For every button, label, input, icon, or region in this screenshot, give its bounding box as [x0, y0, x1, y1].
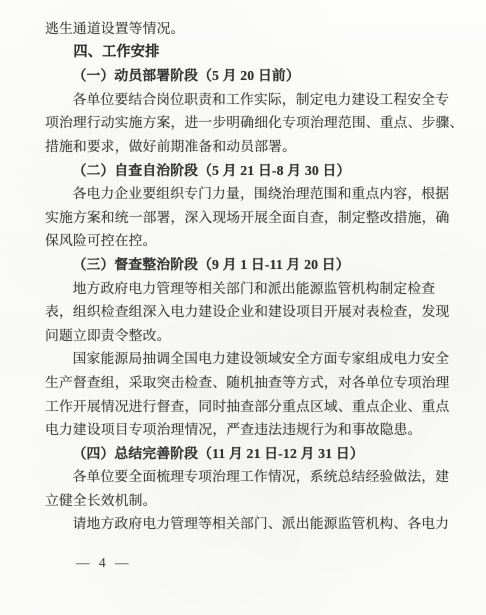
- text-line: 国家能源局抽调全国电力建设领域安全方面专家组成电力安全: [45, 347, 465, 371]
- text-line: 立健全长效机制。: [45, 489, 465, 513]
- text-line: （一）动员部署阶段（5 月 20 日前）: [45, 64, 465, 88]
- text-line: 项治理行动实施方案，进一步明确细化专项治理范围、重点、步骤、: [45, 111, 465, 135]
- text-line: 工作开展情况进行督查，同时抽查部分重点区域、重点企业、重点: [45, 395, 465, 419]
- text-line: （四）总结完善阶段（11 月 21 日-12 月 31 日）: [45, 442, 465, 466]
- page-number: — 4 —: [76, 555, 132, 571]
- text-line: 实施方案和统一部署，深入现场开展全面自查，制定整改措施，确: [45, 206, 465, 230]
- text-line: 生产督查组，采取突击检查、随机抽查等方式，对各单位专项治理: [45, 371, 465, 395]
- document-body: 逃生通道设置等情况。四、工作安排（一）动员部署阶段（5 月 20 日前）各单位要…: [45, 17, 465, 536]
- text-line: 四、工作安排: [45, 41, 465, 65]
- text-line: 各单位要结合岗位职责和工作实际，制定电力建设工程安全专: [45, 88, 465, 112]
- text-line: 电力建设项目专项治理情况，严查违法违规行为和事故隐患。: [45, 418, 465, 442]
- text-line: 地方政府电力管理等相关部门和派出能源监管机构制定检查: [45, 277, 465, 301]
- scanned-document-page: 逃生通道设置等情况。四、工作安排（一）动员部署阶段（5 月 20 日前）各单位要…: [0, 0, 486, 615]
- text-line: 各电力企业要组织专门力量，围绕治理范围和重点内容，根据: [45, 182, 465, 206]
- text-line: 逃生通道设置等情况。: [45, 17, 465, 41]
- text-line: （三）督查整治阶段（9 月 1 日-11 月 20 日）: [45, 253, 465, 277]
- text-line: 请地方政府电力管理等相关部门、派出能源监管机构、各电力: [45, 512, 465, 536]
- text-line: 问题立即责令整改。: [45, 324, 465, 348]
- text-line: 表，组织检查组深入电力建设企业和建设项目开展对表检查，发现: [45, 300, 465, 324]
- text-line: 各单位要全面梳理专项治理工作情况，系统总结经验做法，建: [45, 465, 465, 489]
- text-line: 措施和要求，做好前期准备和动员部署。: [45, 135, 465, 159]
- text-line: 保风险可控在控。: [45, 229, 465, 253]
- text-line: （二）自查自治阶段（5 月 21 日-8 月 30 日）: [45, 159, 465, 183]
